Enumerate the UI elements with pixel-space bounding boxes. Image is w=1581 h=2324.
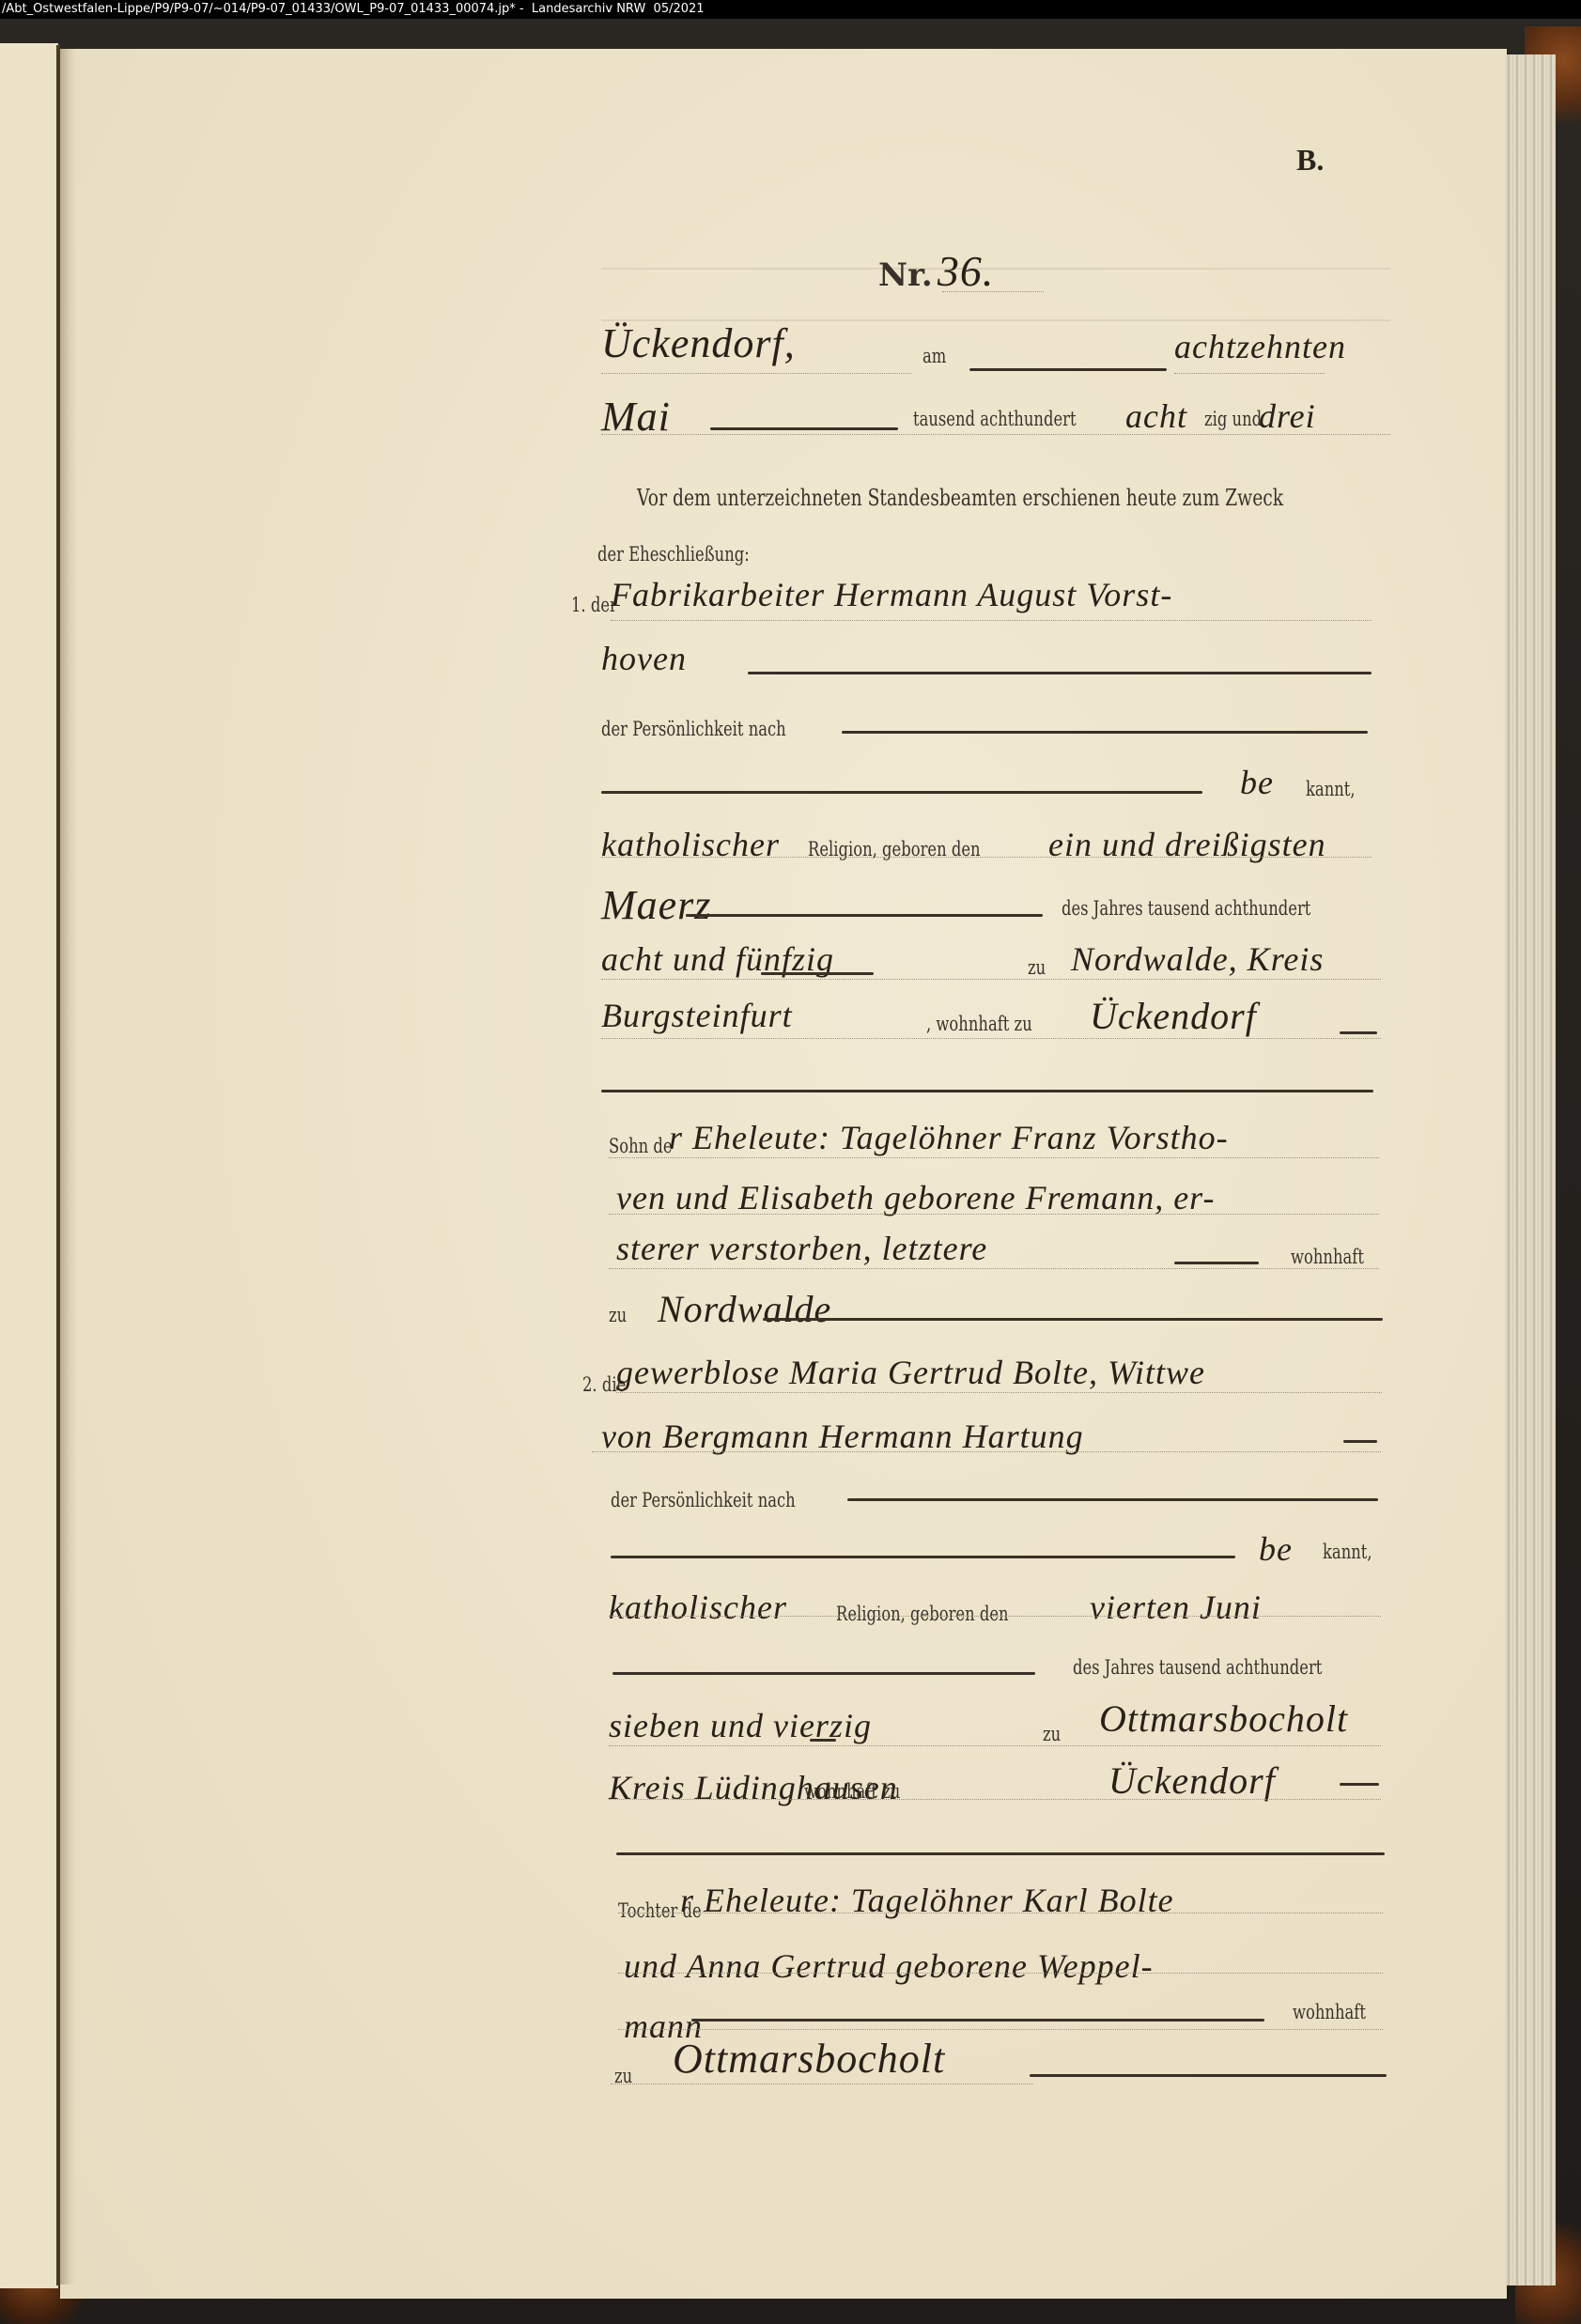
left-page-edge <box>0 43 58 2288</box>
groom-birth-district: Burgsteinfurt <box>601 997 793 1034</box>
marriage-month: Mai <box>601 394 671 440</box>
page-stack-edges <box>1505 54 1556 2285</box>
groom-residence-label: , wohnhaft zu <box>926 1013 1032 1035</box>
groom-known-prefix: be <box>1240 764 1274 801</box>
groom-parents-wohnhaft-label: wohnhaft <box>1291 1246 1364 1268</box>
window-title-bar: /Abt_Ostwestfalen-Lippe/P9/P9-07/~014/P9… <box>0 0 1581 19</box>
date-line-1: Ückendorf, <box>601 319 796 367</box>
groom-identity-label: der Persönlichkeit nach <box>601 718 786 740</box>
bride-parents-wohnhaft-label: wohnhaft <box>1293 2001 1366 2023</box>
bride-parents-line-1: r Eheleute: Tagelöhner Karl Bolte <box>680 1882 1174 1919</box>
year-mid-label: zig und <box>1204 408 1262 430</box>
year-decade: acht <box>1125 397 1187 435</box>
intro-line-2: der Eheschließung: <box>597 543 750 566</box>
record-number-value: 36. <box>938 247 995 295</box>
groom-name-line-2: hoven <box>601 640 687 677</box>
groom-birth-month: Maerz <box>601 882 711 928</box>
am-label: am <box>922 345 946 367</box>
bride-religion-label: Religion, geboren den <box>836 1603 1009 1625</box>
groom-birth-day: ein und dreißigsten <box>1048 826 1326 863</box>
groom-known-suffix: kannt, <box>1306 778 1356 800</box>
groom-parents-residence: Nordwalde <box>658 1288 831 1330</box>
groom-birth-place: Nordwalde, Kreis <box>1071 940 1324 978</box>
intro-line-1: Vor dem unterzeichneten Standesbeamten e… <box>637 485 1283 511</box>
bride-religion: katholischer <box>609 1588 787 1626</box>
bride-parents-line-2: und Anna Gertrud geborene Weppel- <box>624 1947 1154 1985</box>
groom-parents-line-1: r Eheleute: Tagelöhner Franz Vorstho- <box>669 1119 1229 1156</box>
record-label: Nr. <box>878 256 933 294</box>
groom-religion: katholischer <box>601 826 780 863</box>
groom-parents-line-2: ven und Elisabeth geborene Fremann, er- <box>616 1179 1215 1216</box>
groom-parents-zu-label: zu <box>609 1304 627 1326</box>
bride-name-line-1: gewerblose Maria Gertrud Bolte, Wittwe <box>616 1354 1205 1391</box>
bride-birth-day: vierten Juni <box>1090 1588 1262 1626</box>
year-unit: drei <box>1259 397 1316 435</box>
groom-zu-label: zu <box>1028 956 1046 979</box>
bride-birth-place: Ottmarsbocholt <box>1099 1697 1348 1740</box>
record-number: Nr. 36. <box>878 246 994 296</box>
bride-zu-label: zu <box>1043 1723 1061 1745</box>
bride-known-suffix: kannt, <box>1323 1541 1372 1563</box>
year-prefix-label: tausend achthundert <box>913 408 1077 430</box>
bride-identity-label: der Persönlichkeit nach <box>611 1489 796 1511</box>
place-of-marriage: Ückendorf, <box>601 320 796 366</box>
sheet-letter: B. <box>1296 143 1324 178</box>
bride-residence: Ückendorf <box>1108 1759 1276 1802</box>
bride-year-label: des Jahres tausend achthundert <box>1073 1656 1322 1679</box>
marriage-day: achtzehnten <box>1174 328 1346 365</box>
groom-parents-label: Sohn de <box>609 1135 673 1157</box>
bride-known-prefix: be <box>1259 1530 1293 1568</box>
groom-residence: Ückendorf <box>1090 995 1257 1037</box>
bride-parents-residence: Ottmarsbocholt <box>673 2036 945 2082</box>
groom-year-label: des Jahres tausend achthundert <box>1062 897 1310 920</box>
groom-name-line-1: Fabrikarbeiter Hermann August Vorst- <box>611 576 1172 613</box>
gutter-shadow <box>60 49 77 2285</box>
groom-parents-line-3: sterer verstorben, letztere <box>616 1230 987 1267</box>
bride-name-line-2: von Bergmann Hermann Hartung <box>601 1418 1084 1455</box>
